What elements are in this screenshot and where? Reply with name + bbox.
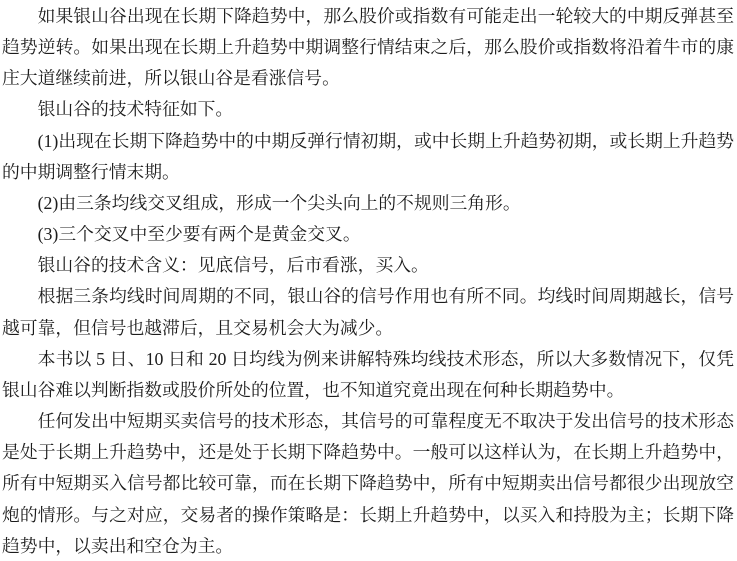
paragraph-intro-signal: 如果银山谷出现在长期下降趋势中，那么股价或指数有可能走出一轮较大的中期反弹甚至趋… [2,1,734,94]
paragraph-feature-3: (3)三个交叉中至少要有两个是黄金交叉。 [2,219,734,250]
paragraph-feature-1: (1)出现在长期下降趋势中的中期反弹行情初期，或中长期上升趋势初期，或长期上升趋… [2,126,734,188]
paragraph-features-heading: 银山谷的技术特征如下。 [2,94,734,125]
paragraph-trend-strategy: 任何发出中短期买卖信号的技术形态，其信号的可靠程度无不取决于发出信号的技术形态是… [2,406,734,561]
paragraph-period-reliability: 根据三条均线时间周期的不同，银山谷的信号作用也有所不同。均线时间周期越长，信号越… [2,281,734,343]
paragraph-technical-meaning: 银山谷的技术含义：见底信号，后市看涨，买入。 [2,250,734,281]
document-page: 如果银山谷出现在长期下降趋势中，那么股价或指数有可能走出一轮较大的中期反弹甚至趋… [0,0,737,561]
paragraph-ma-example: 本书以 5 日、10 日和 20 日均线为例来讲解特殊均线技术形态，所以大多数情… [2,344,734,406]
paragraph-feature-2: (2)由三条均线交叉组成，形成一个尖头向上的不规则三角形。 [2,188,734,219]
